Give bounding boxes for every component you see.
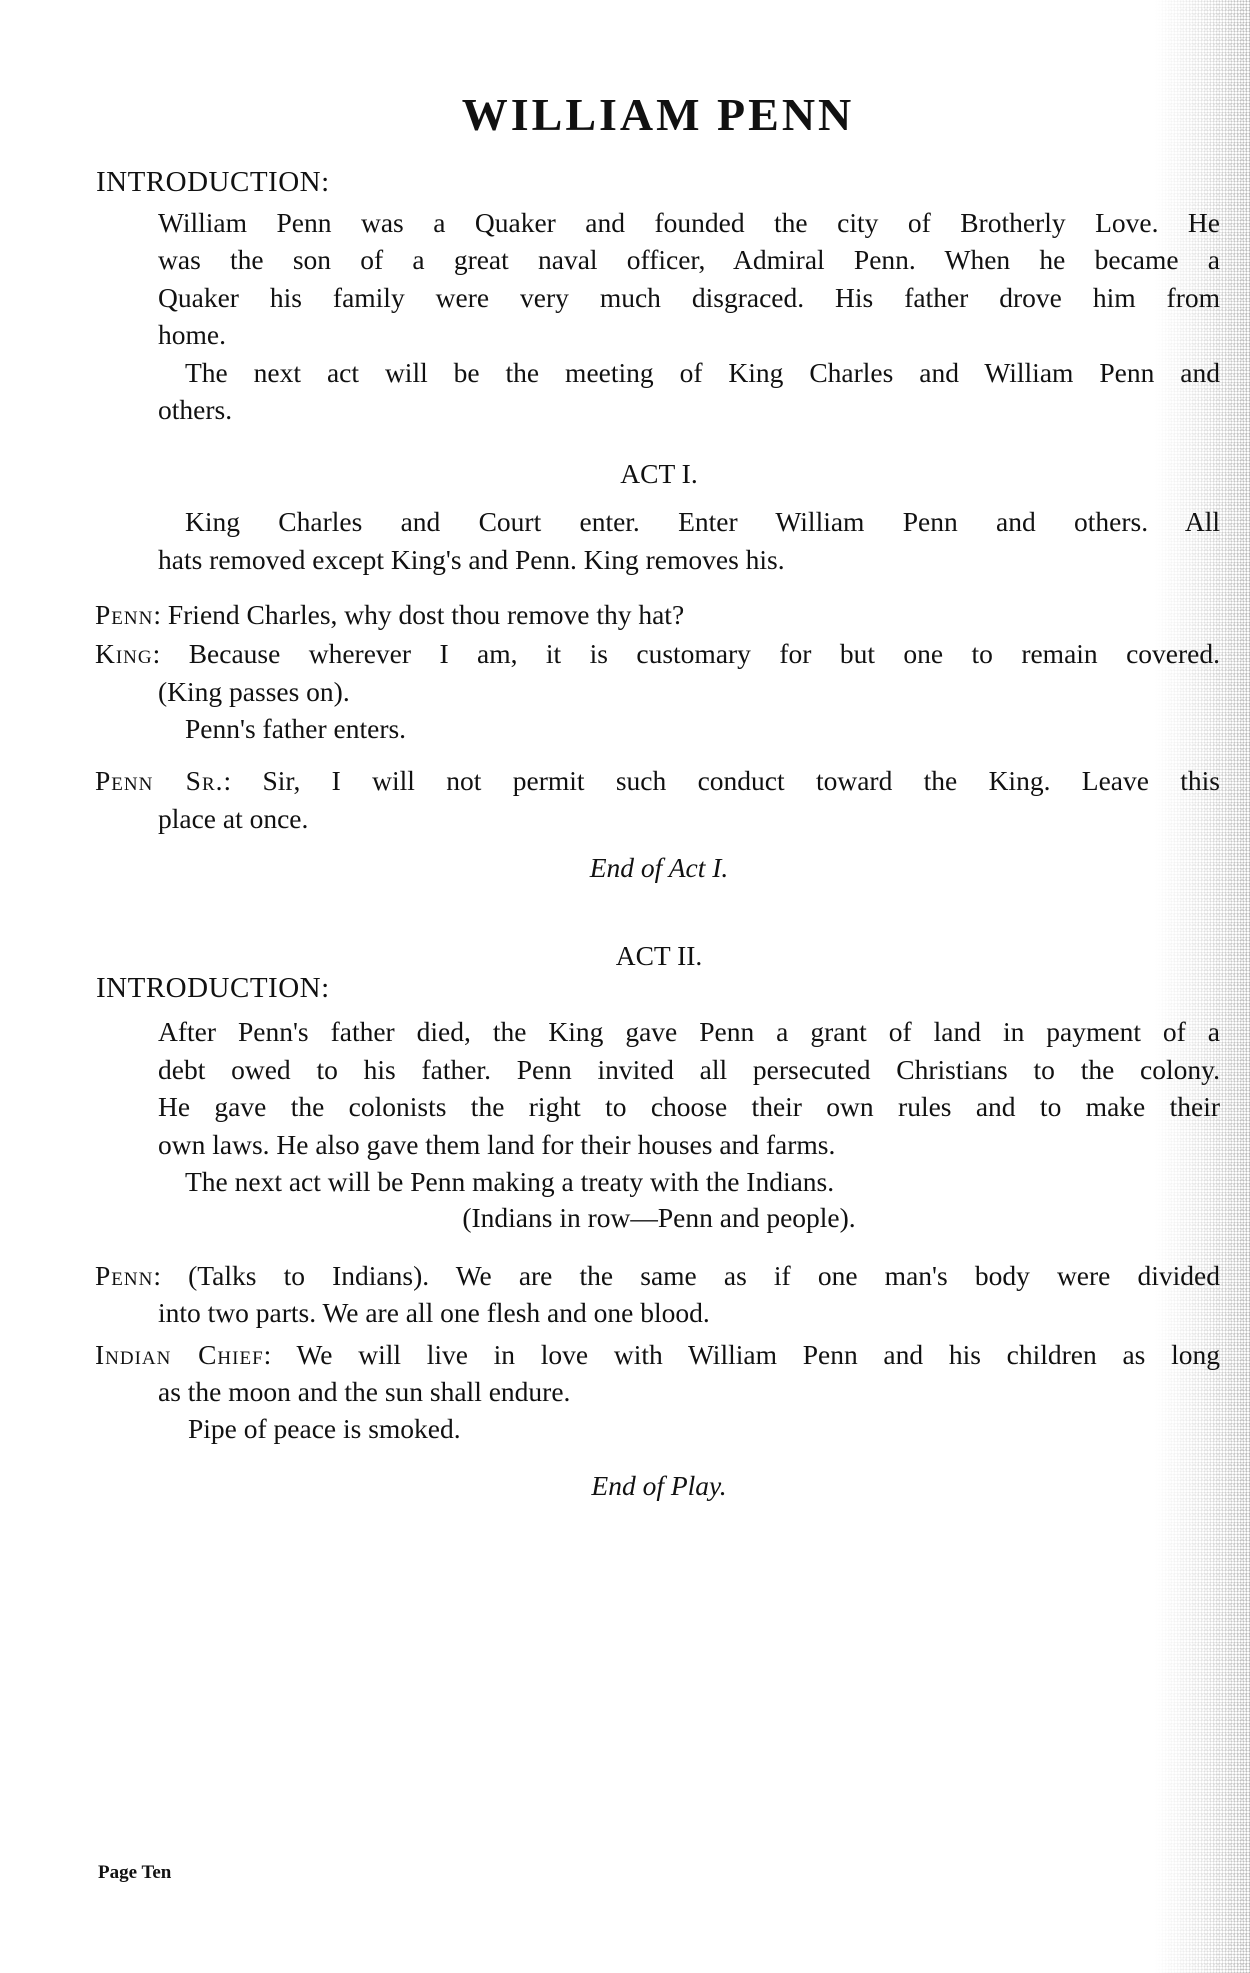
- end-of-play: End of Play.: [0, 1470, 1250, 1502]
- stage-direction: King Charles and Court enter. Enter Will…: [185, 508, 1220, 536]
- intro-heading: INTRODUCTION:: [96, 166, 330, 199]
- speaker-name: Penn Sr.: [95, 765, 224, 796]
- speaker-colon: :: [264, 1339, 297, 1370]
- dialogue-text: Because wherever I am, it is customary f…: [189, 638, 1220, 669]
- dialogue-king: King: Because wherever I am, it is custo…: [95, 640, 1220, 668]
- document-page: WILLIAM PENN INTRODUCTION: William Penn …: [0, 0, 1250, 1973]
- dialogue-text: Sir, I will not permit such conduct towa…: [262, 765, 1220, 796]
- speaker-colon: :: [153, 1260, 188, 1291]
- dialogue-penn: Penn: Friend Charles, why dost thou remo…: [95, 601, 684, 629]
- act2-heading: ACT II.: [0, 940, 1250, 972]
- dialogue-text: as the moon and the sun shall endure.: [158, 1378, 570, 1406]
- dialogue-indian-chief: Indian Chief: We will live in love with …: [95, 1341, 1220, 1369]
- intro-line: The next act will be Penn making a treat…: [185, 1168, 834, 1196]
- intro-line: home.: [158, 321, 226, 349]
- speaker-colon: :: [153, 638, 189, 669]
- intro-line: Quaker his family were very much disgrac…: [158, 284, 1220, 312]
- intro-line: The next act will be the meeting of King…: [185, 359, 1220, 387]
- dialogue-text: place at once.: [158, 805, 308, 833]
- stage-direction: (Indians in row—Penn and people).: [0, 1202, 1250, 1234]
- dialogue-penn: Penn: (Talks to Indians). We are the sam…: [95, 1262, 1220, 1290]
- act1-heading: ACT I.: [0, 458, 1250, 490]
- act2-intro-heading: INTRODUCTION:: [96, 972, 330, 1005]
- speaker-name: King: [95, 638, 153, 669]
- page-number: Page Ten: [98, 1862, 171, 1884]
- end-of-act1: End of Act I.: [0, 852, 1250, 884]
- dialogue-text: into two parts. We are all one flesh and…: [158, 1299, 710, 1327]
- intro-line: others.: [158, 396, 232, 424]
- intro-line: William Penn was a Quaker and founded th…: [158, 209, 1220, 237]
- intro-line: debt owed to his father. Penn invited al…: [158, 1056, 1220, 1084]
- stage-direction: Pipe of peace is smoked.: [188, 1415, 461, 1443]
- intro-line: own laws. He also gave them land for the…: [158, 1131, 835, 1159]
- page-title: WILLIAM PENN: [0, 88, 1250, 141]
- dialogue-text: (King passes on).: [158, 678, 350, 706]
- speaker-colon: :: [153, 599, 168, 630]
- speaker-colon: :: [224, 765, 263, 796]
- intro-line: was the son of a great naval officer, Ad…: [158, 246, 1220, 274]
- stage-direction: Penn's father enters.: [185, 715, 406, 743]
- dialogue-penn-sr: Penn Sr.: Sir, I will not permit such co…: [95, 767, 1220, 795]
- speaker-name: Indian Chief: [95, 1339, 264, 1370]
- intro-line: He gave the colonists the right to choos…: [158, 1093, 1220, 1121]
- intro-line: After Penn's father died, the King gave …: [158, 1018, 1220, 1046]
- speaker-name: Penn: [95, 1260, 153, 1291]
- speaker-name: Penn: [95, 599, 153, 630]
- dialogue-text: We will live in love with William Penn a…: [297, 1339, 1220, 1370]
- dialogue-text: Friend Charles, why dost thou remove thy…: [168, 599, 684, 630]
- stage-direction: hats removed except King's and Penn. Kin…: [158, 546, 785, 574]
- dialogue-text: (Talks to Indians). We are the same as i…: [188, 1260, 1220, 1291]
